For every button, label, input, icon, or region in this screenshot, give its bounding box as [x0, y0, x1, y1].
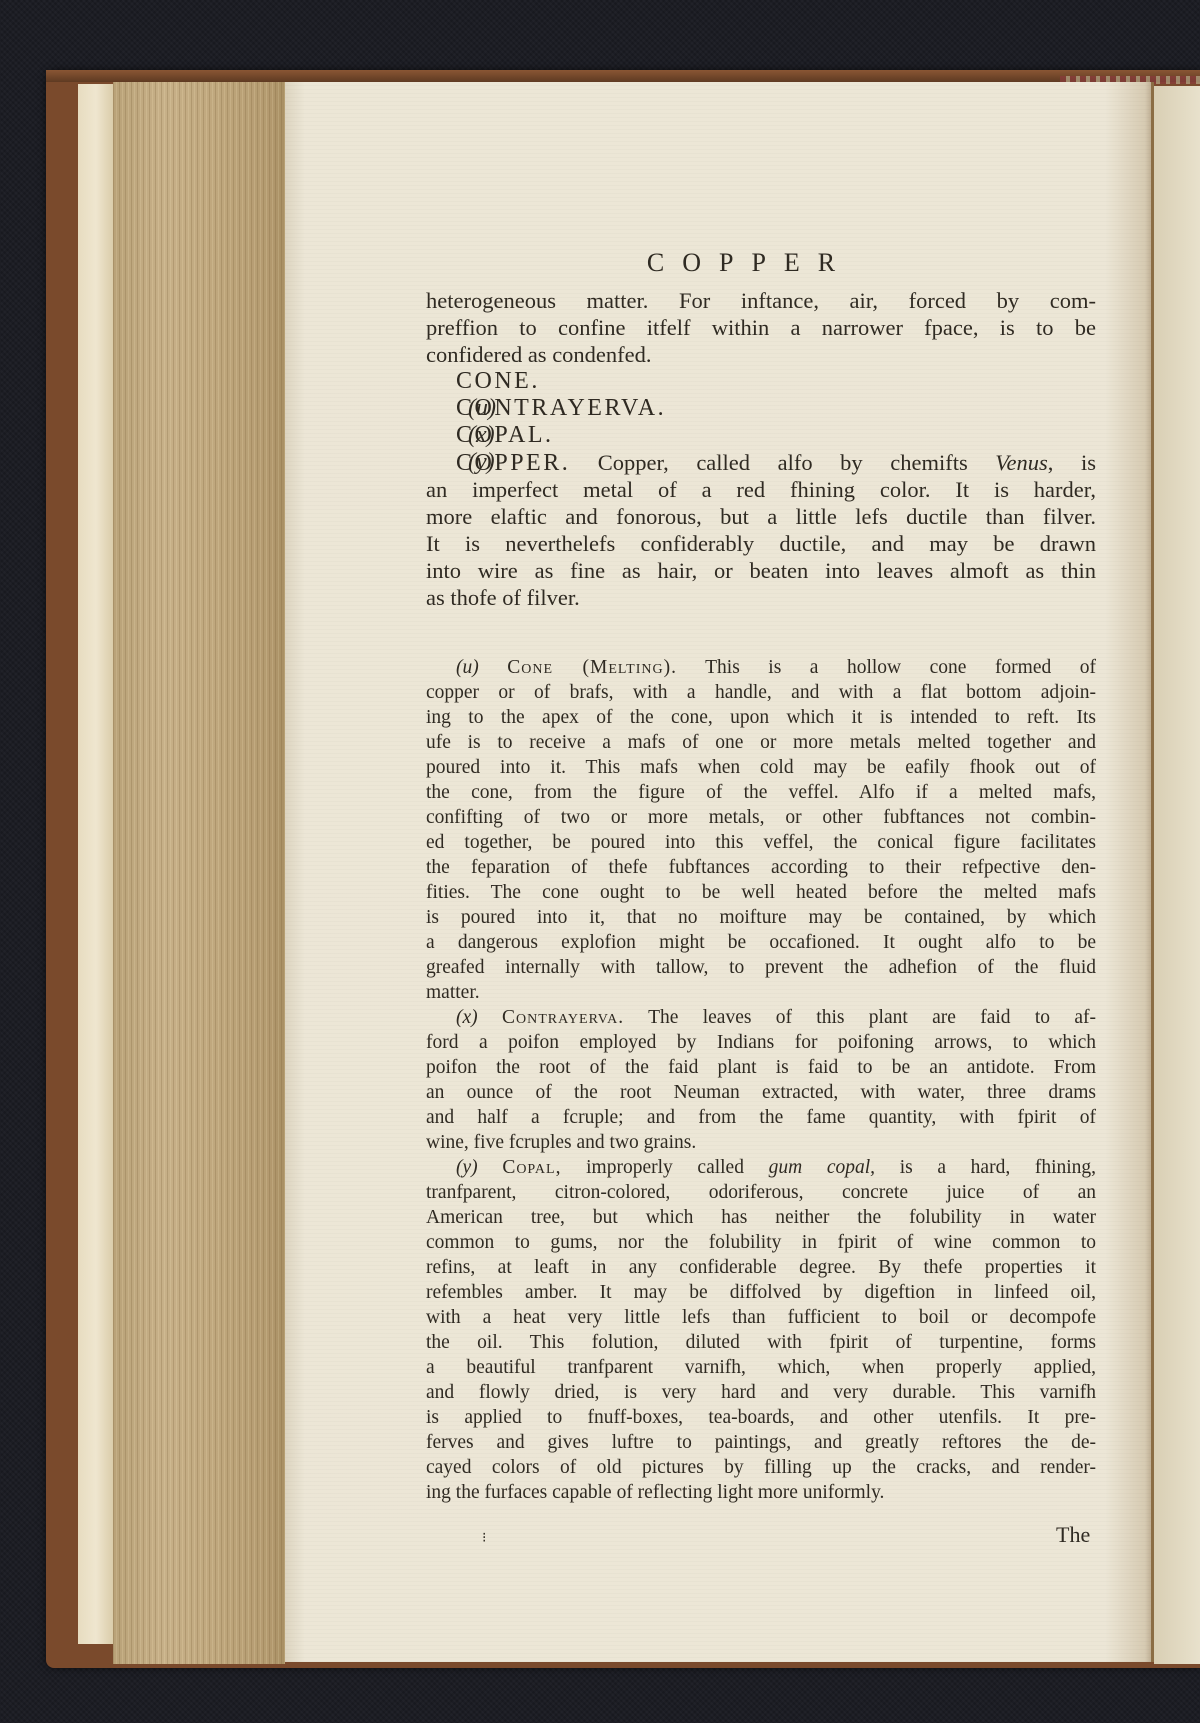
footnote-line: is poured into it, that no moifture may … — [426, 905, 1096, 930]
footnote-line: wine, five fcruples and two grains. — [426, 1130, 1096, 1155]
footnote-line: an ounce of the root Neuman extracted, w… — [426, 1080, 1096, 1105]
footnote-line: refembles amber. It may be diffolved by … — [426, 1280, 1096, 1305]
body-line: preffion to confine itfelf within a narr… — [426, 314, 1096, 341]
footnote-line: ferves and gives luftre to paintings, an… — [426, 1430, 1096, 1455]
page-edges-stack — [113, 82, 285, 1664]
footnote-line: common to gums, nor the folubility in fp… — [426, 1230, 1096, 1255]
endpaper — [78, 84, 114, 1644]
footnote-line: copper or of brafs, with a handle, and w… — [426, 680, 1096, 705]
body-line: more elaftic and fonorous, but a little … — [426, 503, 1096, 530]
footnote-line: the feparation of thefe fubftances accor… — [426, 855, 1096, 880]
footnote-title: Cone (Melting). — [507, 657, 677, 678]
footnote-line: the cone, from the figure of the veffel.… — [426, 780, 1096, 805]
text: The leaves of this plant are faid to af- — [648, 1007, 1096, 1028]
footnote-line: with a heat very little lefs than fuffic… — [426, 1305, 1096, 1330]
footnote-line: American tree, but which has neither the… — [426, 1205, 1096, 1230]
book-cover-top-edge — [46, 70, 1200, 82]
footnote-line: ford a poifon employed by Indians for po… — [426, 1030, 1096, 1055]
body-line: as thofe of filver. — [426, 584, 1096, 611]
entry-term: CONTRAYERVA. — [456, 395, 666, 421]
italic-term: Venus — [995, 450, 1048, 475]
footnote-line: the oil. This folution, diluted with fpi… — [426, 1330, 1096, 1355]
footnote-mark: (x) — [456, 1007, 478, 1028]
footnote-mark: (y) — [456, 1157, 478, 1178]
footnote-line: greafed internally with tallow, to preve… — [426, 955, 1096, 980]
footnote-line: poured into it. This mafs when cold may … — [426, 755, 1096, 780]
running-head: COPPER — [600, 248, 900, 278]
footnote-line: poifon the root of the faid plant is fai… — [426, 1055, 1096, 1080]
entry-term: COPAL. — [456, 422, 553, 448]
footnote-line: and half a fcruple; and from the fame qu… — [426, 1105, 1096, 1130]
text: This is a hollow cone formed of — [705, 657, 1096, 678]
footnote-line: tranfparent, citron-colored, odoriferous… — [426, 1180, 1096, 1205]
footnote-u-first-line: (u) Cone (Melting). This is a hollow con… — [456, 655, 1096, 680]
facing-page-edge — [1154, 86, 1200, 1664]
footnote-line: refins, at leaft in any confiderable deg… — [426, 1255, 1096, 1280]
footnote-line: ing to the apex of the cone, upon which … — [426, 705, 1096, 730]
body-line: It is neverthelefs confiderably ductile,… — [426, 530, 1096, 557]
footnote-title: Copal, — [502, 1157, 561, 1178]
italic-term: gum copal, — [769, 1157, 875, 1178]
body-line: into wire as fine as hair, or beaten int… — [426, 557, 1096, 584]
footnote-y-first-line: (y) Copal, improperly called gum copal, … — [456, 1155, 1096, 1180]
footnote-line: and flowly dried, is very hard and very … — [426, 1380, 1096, 1405]
body-line: confidered as condenfed. — [426, 341, 1096, 368]
text: improperly called — [586, 1157, 744, 1178]
footnote-line: ufe is to receive a mafs of one or more … — [426, 730, 1096, 755]
entry-term: COPPER. — [456, 450, 570, 476]
footnote-line: matter. — [426, 980, 1096, 1005]
footnote-line: cayed colors of old pictures by filling … — [426, 1455, 1096, 1480]
footnote-line: ed together, be poured into this veffel,… — [426, 830, 1096, 855]
body-line: an imperfect metal of a red fhining colo… — [426, 476, 1096, 503]
signature-mark: ⁝ — [482, 1530, 486, 1547]
text: is a hard, fhining, — [900, 1157, 1096, 1178]
footnote-x-first-line: (x) Contrayerva. The leaves of this plan… — [456, 1005, 1096, 1030]
footnote-title: Contrayerva. — [502, 1007, 624, 1028]
footnote-line: a dangerous explofion might be occafione… — [426, 930, 1096, 955]
text: , is — [1048, 450, 1096, 475]
footnote-mark: (u) — [456, 657, 479, 678]
text: Copper, called alfo by chemifts — [598, 450, 968, 475]
entry-term: CONE. — [456, 368, 540, 394]
footnote-line: a beautiful tranfparent varnifh, which, … — [426, 1355, 1096, 1380]
footnote-line: fities. The cone ought to be well heated… — [426, 880, 1096, 905]
footnote-line: ing the furfaces capable of reflecting l… — [426, 1480, 1096, 1505]
body-line: heterogeneous matter. For inftance, air,… — [426, 287, 1096, 314]
footnote-line: is applied to fnuff-boxes, tea-boards, a… — [426, 1405, 1096, 1430]
catchword: The — [1056, 1522, 1090, 1548]
footnote-line: confifting of two or more metals, or oth… — [426, 805, 1096, 830]
entry-copper-first-line: COPPER. Copper, called alfo by chemifts … — [456, 449, 1096, 476]
